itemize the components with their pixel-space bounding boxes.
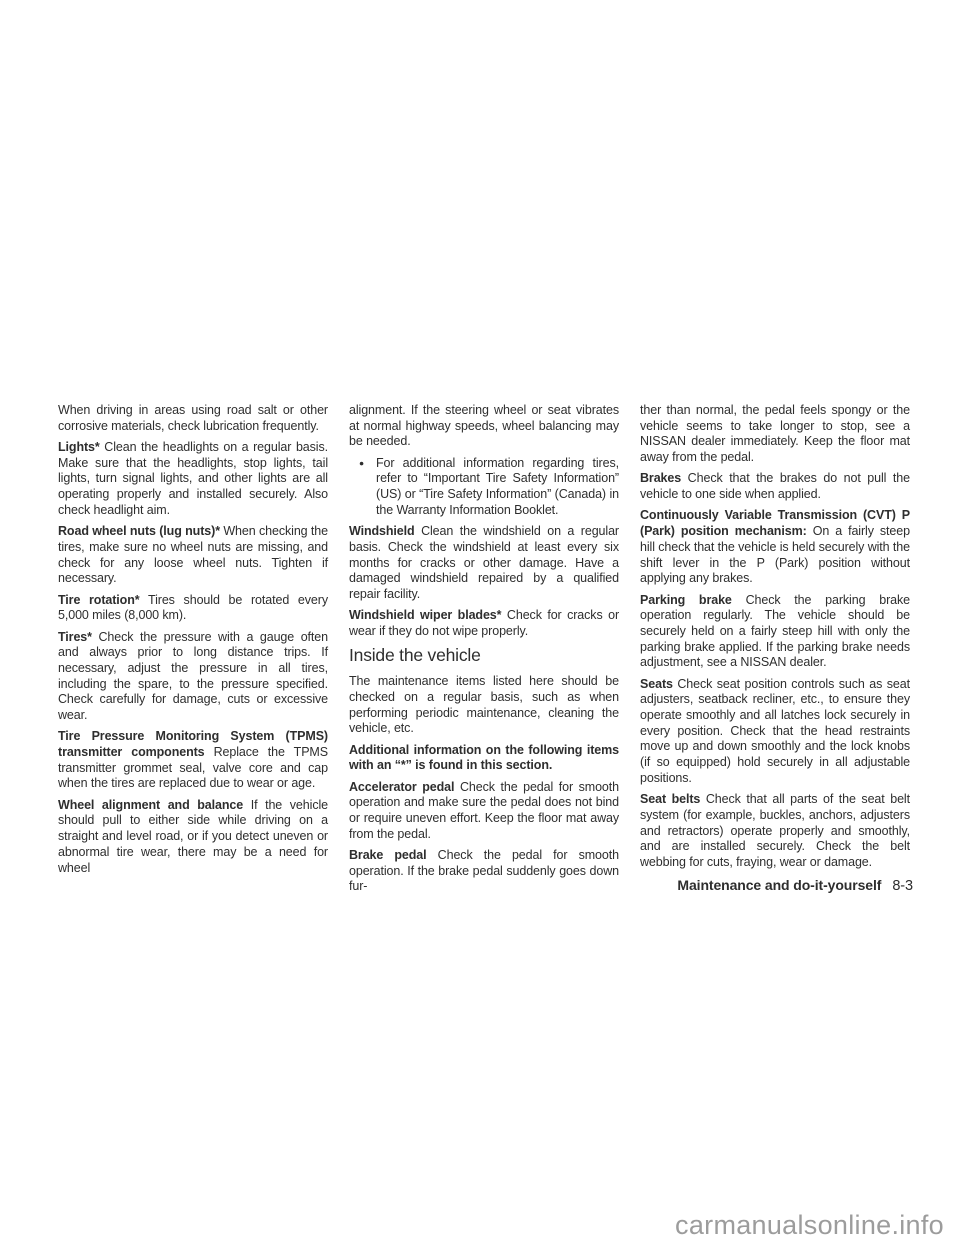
paragraph: Seat belts Check that all parts of the s… [640, 792, 910, 871]
paragraph: alignment. If the steering wheel or seat… [349, 403, 619, 450]
bullet-icon: ● [349, 456, 376, 519]
footer-page-number: 8-3 [892, 878, 913, 894]
column-right: ther than normal, the pedal feels spongy… [640, 403, 910, 901]
paragraph: Accelerator pedal Check the pedal for sm… [349, 780, 619, 843]
run-in-heading: Continuously Variable Transmission (CVT)… [640, 508, 910, 538]
run-in-heading: Tire Pressure Monitoring System (TPMS) t… [58, 729, 328, 759]
paragraph: Tire Pressure Monitoring System (TPMS) t… [58, 729, 328, 792]
run-in-heading: Tire rotation* [58, 593, 140, 607]
manual-page: When driving in areas using road salt or… [0, 0, 960, 1242]
section-heading: Inside the vehicle [349, 645, 619, 665]
run-in-heading: Brakes [640, 471, 681, 485]
run-in-heading: Tires* [58, 630, 92, 644]
bullet-text: For additional information regarding tir… [376, 456, 619, 519]
run-in-heading: Windshield wiper blades* [349, 608, 501, 622]
run-in-heading: Road wheel nuts (lug nuts)* [58, 524, 220, 538]
run-in-heading: Seat belts [640, 792, 700, 806]
paragraph: Wheel alignment and balance If the vehic… [58, 798, 328, 877]
paragraph: Windshield Clean the windshield on a reg… [349, 524, 619, 603]
paragraph: Windshield wiper blades* Check for crack… [349, 608, 619, 639]
paragraph: Tire rotation* Tires should be rotated e… [58, 593, 328, 624]
paragraph: Tires* Check the pressure with a gauge o… [58, 630, 328, 724]
emphasis-paragraph: Additional information on the following … [349, 743, 619, 774]
column-left: When driving in areas using road salt or… [58, 403, 328, 901]
paragraph: Brakes Check that the brakes do not pull… [640, 471, 910, 502]
run-in-heading: Parking brake [640, 593, 732, 607]
paragraph: The maintenance items listed here should… [349, 674, 619, 737]
run-in-heading: Accelerator pedal [349, 780, 454, 794]
run-in-heading: Wheel alignment and balance [58, 798, 243, 812]
paragraph: Continuously Variable Transmission (CVT)… [640, 508, 910, 587]
page-footer: Maintenance and do-it-yourself8-3 [677, 877, 913, 894]
run-in-heading: Seats [640, 677, 673, 691]
paragraph: Parking brake Check the parking brake op… [640, 593, 910, 672]
paragraph: Lights* Clean the headlights on a regula… [58, 440, 328, 519]
paragraph: Brake pedal Check the pedal for smooth o… [349, 848, 619, 895]
paragraph: ther than normal, the pedal feels spongy… [640, 403, 910, 466]
run-in-heading: Brake pedal [349, 848, 427, 862]
run-in-heading: Lights* [58, 440, 100, 454]
column-middle: alignment. If the steering wheel or seat… [349, 403, 619, 901]
bullet-item: ●For additional information regarding ti… [349, 456, 619, 519]
footer-section-title: Maintenance and do-it-yourself [677, 877, 881, 893]
content-columns: When driving in areas using road salt or… [58, 403, 910, 901]
paragraph: Seats Check seat position controls such … [640, 677, 910, 787]
paragraph: When driving in areas using road salt or… [58, 403, 328, 434]
watermark-text: carmanualsonline.info [675, 1212, 944, 1239]
run-in-heading: Windshield [349, 524, 415, 538]
paragraph: Road wheel nuts (lug nuts)* When checkin… [58, 524, 328, 587]
